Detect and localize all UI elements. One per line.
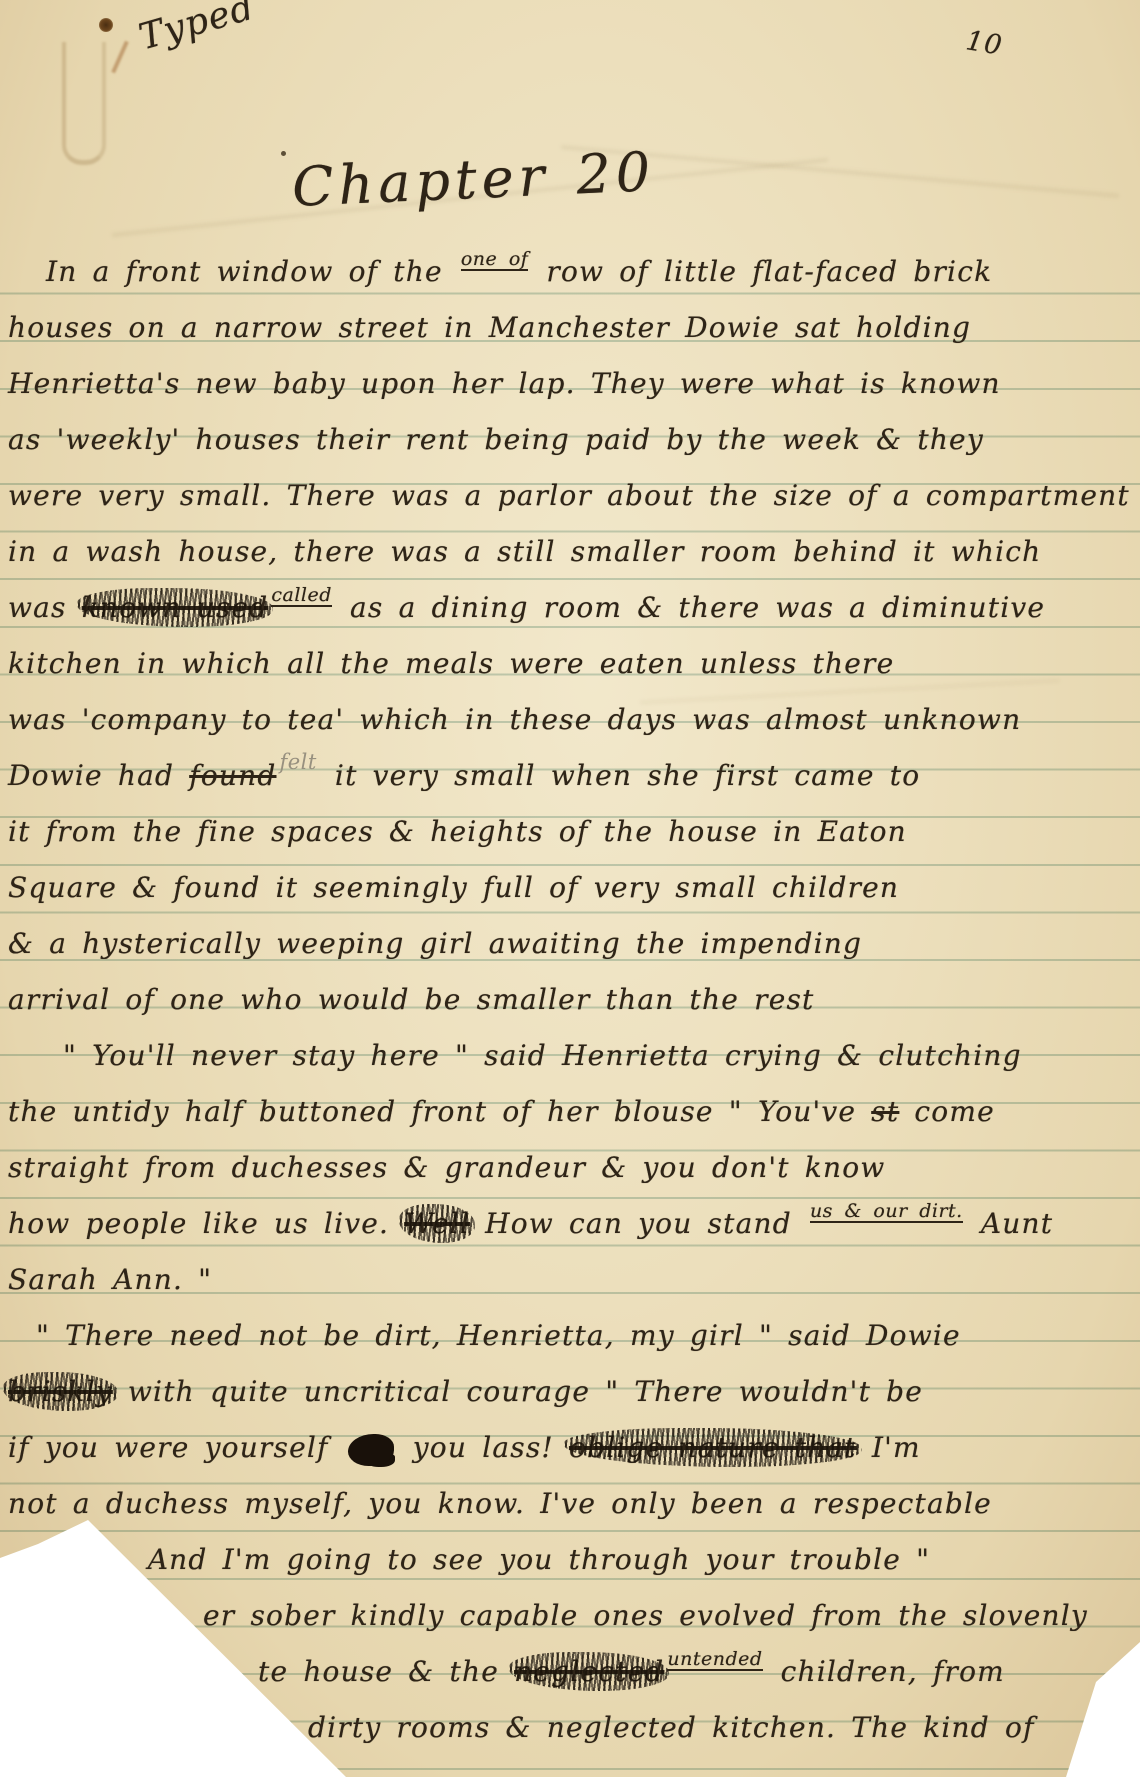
- pencil-inserted-word: felt: [279, 752, 316, 773]
- handwritten-text: how people like us live.: [8, 1207, 404, 1240]
- manuscript-line: er sober kindly capable ones evolved fro…: [203, 1596, 1088, 1636]
- handwritten-text: in a wash house, there was a still small…: [8, 535, 1041, 568]
- manuscript-line: arrival of one who would be smaller than…: [8, 980, 814, 1020]
- manuscript-page: Typed 10 Chapter 20 In a front window of…: [0, 0, 1140, 1777]
- manuscript-line: " There need not be dirt, Henrietta, my …: [36, 1316, 961, 1356]
- handwritten-text: come: [899, 1095, 995, 1128]
- ink-blot: [348, 1434, 394, 1466]
- handwritten-text: the untidy half buttoned front of her bl…: [8, 1095, 871, 1128]
- handwritten-text: servant. And I'm going to see you throug…: [8, 1543, 930, 1576]
- manuscript-line: In a front window of the one of row of l…: [46, 252, 992, 292]
- manuscript-line: Dowie had foundfelt it very small when s…: [8, 756, 920, 796]
- handwritten-text: children, from: [766, 1655, 1005, 1688]
- scribbled-out-text: oblige nature that: [569, 1431, 857, 1464]
- handwritten-text: were very small. There was a parlor abou…: [8, 479, 1130, 512]
- manuscript-line: & a hysterically weeping girl awaiting t…: [8, 924, 862, 964]
- handwritten-text: kitchen in which all the meals were eate…: [8, 647, 894, 680]
- scribbled-out-text: briskly: [8, 1375, 113, 1408]
- struck-out-text: found: [189, 759, 276, 792]
- inserted-word: one of: [461, 250, 528, 271]
- handwritten-text: it very small when she first came to: [320, 759, 920, 792]
- manuscript-line: was known usedcalled as a dining room & …: [8, 588, 1045, 628]
- handwritten-text: Henrietta's new baby upon her lap. They …: [8, 367, 1001, 400]
- inserted-word: us & our dirt.: [810, 1202, 963, 1223]
- handwritten-text: straight from duchesses & grandeur & you…: [8, 1151, 885, 1184]
- handwritten-text: Aunt: [966, 1207, 1053, 1240]
- manuscript-line: servant. And I'm going to see you throug…: [8, 1540, 930, 1580]
- handwritten-text: was 'company to tea' which in these days…: [8, 703, 1021, 736]
- manuscript-line: Sarah Ann. ": [8, 1260, 212, 1300]
- manuscript-line: it from the fine spaces & heights of the…: [8, 812, 907, 852]
- manuscript-line: " You'll never stay here " said Henriett…: [63, 1036, 1022, 1076]
- manuscript-line: was 'company to tea' which in these days…: [8, 700, 1021, 740]
- handwritten-text: it from the fine spaces & heights of the…: [8, 815, 907, 848]
- manuscript-line: how people like us live. Well How can yo…: [8, 1204, 1053, 1244]
- handwritten-text: was: [8, 591, 82, 624]
- handwritten-text: I'm: [857, 1431, 921, 1464]
- manuscript-line: the untidy half buttoned front of her bl…: [8, 1092, 995, 1132]
- manuscript-line: kitchen in which all the meals were eate…: [8, 644, 894, 684]
- manuscript-line: te house & the neglecteduntended childre…: [258, 1652, 1005, 1692]
- handwritten-text: you lass!: [398, 1431, 569, 1464]
- manuscript-line: briskly with quite uncritical courage " …: [8, 1372, 923, 1412]
- inserted-word: untended: [667, 1650, 762, 1671]
- scribbled-out-text: Well: [404, 1207, 470, 1240]
- handwritten-text: & a hysterically weeping girl awaiting t…: [8, 927, 862, 960]
- handwritten-text: arrival of one who would be smaller than…: [8, 983, 814, 1016]
- handwritten-text: houses on a narrow street in Manchester …: [8, 311, 971, 344]
- manuscript-line: houses on a narrow street in Manchester …: [8, 308, 971, 348]
- manuscript-line: were very small. There was a parlor abou…: [8, 476, 1130, 516]
- scribbled-out-text: known used: [82, 591, 269, 624]
- handwritten-text: not a duchess myself, you know. I've onl…: [8, 1487, 992, 1520]
- manuscript-line: dirty rooms & neglected kitchen. The kin…: [308, 1708, 1035, 1748]
- handwritten-text: as 'weekly' houses their rent being paid…: [8, 423, 984, 456]
- handwritten-text: Dowie had: [8, 759, 189, 792]
- handwritten-text: with quite uncritical courage " There wo…: [113, 1375, 923, 1408]
- aged-paper-sheet: Typed 10 Chapter 20 In a front window of…: [0, 0, 1140, 1777]
- scribbled-out-text: neglected: [514, 1655, 664, 1688]
- handwritten-text: " You'll never stay here " said Henriett…: [63, 1039, 1022, 1072]
- handwritten-text: " There need not be dirt, Henrietta, my …: [36, 1319, 961, 1352]
- manuscript-line: not a duchess myself, you know. I've onl…: [8, 1484, 992, 1524]
- struck-out-text: st: [871, 1095, 899, 1128]
- handwritten-text: Square & found it seemingly full of very…: [8, 871, 899, 904]
- handwritten-text: row of little flat-faced brick: [531, 255, 992, 288]
- handwritten-text: In a front window of the: [46, 255, 458, 288]
- handwritten-text: te house & the: [258, 1655, 514, 1688]
- handwritten-text: as a dining room & there was a diminutiv…: [335, 591, 1045, 624]
- inserted-word: called: [271, 586, 332, 607]
- manuscript-line: Square & found it seemingly full of very…: [8, 868, 899, 908]
- manuscript-line: if you were yourself you lass! oblige na…: [8, 1428, 921, 1468]
- manuscript-line: straight from duchesses & grandeur & you…: [8, 1148, 885, 1188]
- manuscript-line: as 'weekly' houses their rent being paid…: [8, 420, 984, 460]
- handwritten-text: How can you stand: [470, 1207, 807, 1240]
- manuscript-body: In a front window of the one of row of l…: [0, 0, 1140, 1777]
- manuscript-line: Henrietta's new baby upon her lap. They …: [8, 364, 1001, 404]
- handwritten-text: dirty rooms & neglected kitchen. The kin…: [308, 1711, 1035, 1744]
- handwritten-text: if you were yourself: [8, 1431, 344, 1464]
- handwritten-text: er sober kindly capable ones evolved fro…: [203, 1599, 1088, 1632]
- handwritten-text: Sarah Ann. ": [8, 1263, 212, 1296]
- manuscript-line: in a wash house, there was a still small…: [8, 532, 1041, 572]
